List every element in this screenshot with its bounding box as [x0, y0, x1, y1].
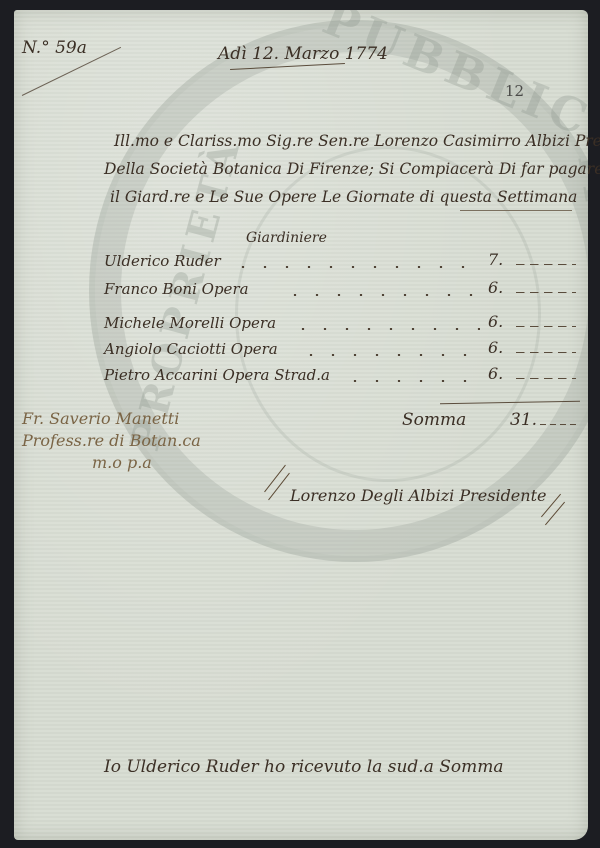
dot-leader — [232, 266, 482, 268]
margin-note-line-1: Fr. Saverio Manetti — [22, 408, 179, 430]
date-line: Adì 12. Marzo 1774 — [218, 44, 388, 64]
entry-row: Angiolo Caciotti Opera 6. — [104, 340, 574, 364]
folio-number: 12 — [505, 82, 524, 100]
dash-leader — [516, 326, 576, 327]
entry-name: Michele Morelli Opera — [104, 314, 276, 332]
entry-name: Franco Boni Opera — [104, 280, 249, 298]
dash-leader — [516, 292, 576, 293]
entry-row: Michele Morelli Opera 6. — [104, 314, 574, 338]
body-line-3: il Giard.re e Le Sue Opere Le Giornate d… — [110, 188, 577, 206]
dot-leader — [284, 294, 480, 296]
dot-leader — [292, 328, 480, 330]
dash-leader — [516, 264, 576, 265]
line-rule — [460, 210, 572, 211]
list-heading: Giardiniere — [246, 230, 327, 246]
body-line-2: Della Società Botanica Di Firenze; Si Co… — [104, 160, 600, 178]
margin-note-line-3: m.o p.a — [92, 452, 152, 474]
dash-leader — [516, 378, 576, 379]
reference-number: N.° 59a — [22, 38, 87, 58]
entry-amount: 6. — [488, 278, 503, 297]
entry-name: Angiolo Caciotti Opera — [104, 340, 278, 358]
entry-row: Ulderico Ruder 7. — [104, 252, 574, 276]
total-value: 31. — [510, 410, 537, 430]
total-dash — [540, 424, 576, 425]
receipt-line: Io Ulderico Ruder ho ricevuto la sud.a S… — [104, 757, 504, 777]
margin-note-line-2: Profess.re di Botan.ca — [22, 430, 201, 452]
entry-name: Ulderico Ruder — [104, 252, 221, 270]
entry-amount: 6. — [488, 338, 503, 357]
body-line-1: Ill.mo e Clariss.mo Sig.re Sen.re Lorenz… — [114, 132, 600, 150]
dot-leader — [300, 354, 480, 356]
signature: Lorenzo Degli Albizi Presidente — [290, 486, 546, 505]
total-label: Somma — [402, 410, 466, 430]
entry-row: Franco Boni Opera 6. — [104, 280, 574, 304]
entry-amount: 6. — [488, 312, 503, 331]
dash-leader — [516, 352, 576, 353]
entry-amount: 7. — [488, 250, 503, 269]
dot-leader — [344, 380, 480, 382]
entry-amount: 6. — [488, 364, 503, 383]
entry-row: Pietro Accarini Opera Strad.a 6. — [104, 366, 574, 390]
entry-name: Pietro Accarini Opera Strad.a — [104, 366, 330, 384]
